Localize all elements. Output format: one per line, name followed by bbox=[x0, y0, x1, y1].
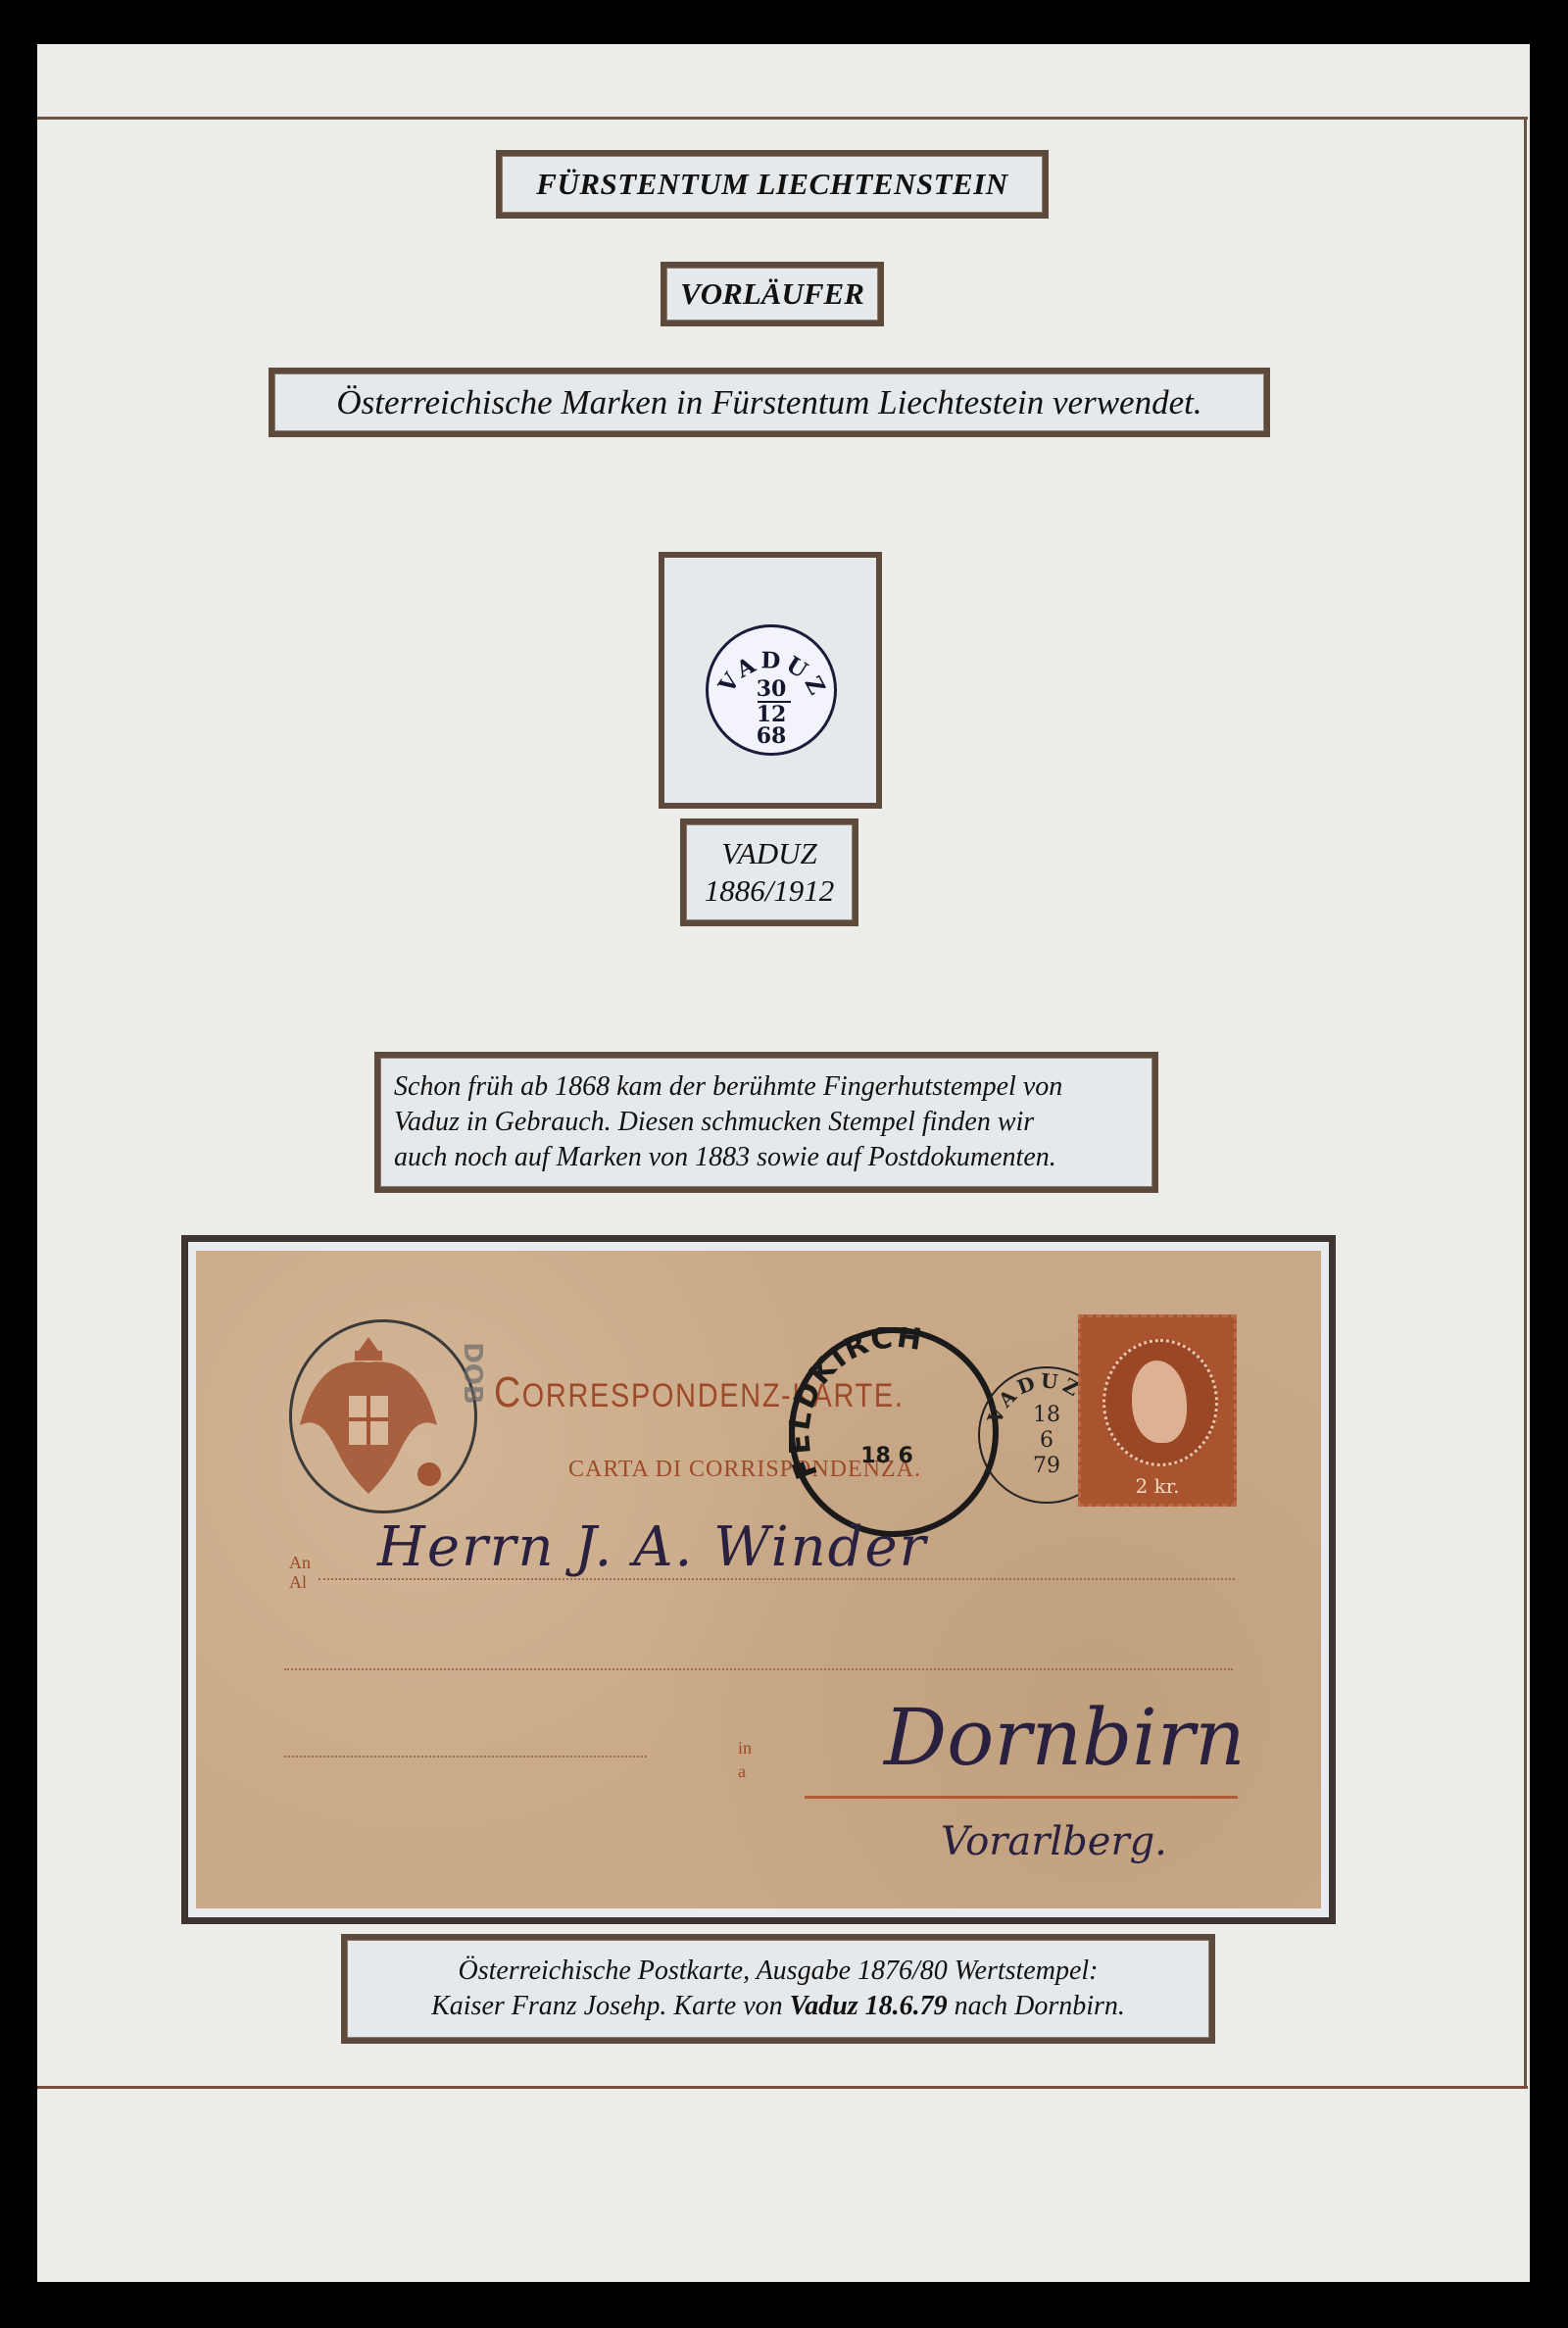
imprinted-stamp: 2 kr. bbox=[1078, 1314, 1237, 1507]
stamp-value: 2 kr. bbox=[1081, 1474, 1234, 1498]
specimen-caption-years: 1886/1912 bbox=[705, 872, 835, 910]
handwritten-town: Dornbirn bbox=[884, 1692, 1246, 1783]
feldkirch-postmark-text: FELDKIRCH 18 6 bbox=[789, 1327, 999, 1537]
page-border-right bbox=[1524, 117, 1527, 2088]
cancel-specimen-frame: VADUZ 30 12 68 bbox=[659, 552, 882, 809]
caption-line-2: Kaiser Franz Josehp. Karte von Vaduz 18.… bbox=[431, 1989, 1125, 2024]
description-line: Schon früh ab 1868 kam der berühmte Fing… bbox=[394, 1069, 1062, 1105]
section-heading: Österreichische Marken in Fürstentum Lie… bbox=[269, 368, 1270, 437]
page-border-top bbox=[37, 117, 1528, 120]
description-label: Schon früh ab 1868 kam der berühmte Fing… bbox=[374, 1052, 1158, 1193]
postcard-caption: Österreichische Postkarte, Ausgabe 1876/… bbox=[341, 1934, 1215, 2044]
page-subtitle-text: VORLÄUFER bbox=[680, 276, 864, 312]
place-prefix: in a bbox=[738, 1736, 752, 1783]
postcard-mount: DOB CORRESPONDENZ-KARTE. CARTA DI CORRIS… bbox=[181, 1235, 1336, 1924]
faint-postmark-text: DOB bbox=[458, 1342, 487, 1405]
vaduz-postmark-date: 18 6 79 bbox=[1017, 1403, 1076, 1479]
specimen-caption-town: VADUZ bbox=[721, 835, 817, 872]
cancel-day: 30 bbox=[709, 678, 834, 700]
address-line-2 bbox=[284, 1668, 1233, 1670]
cancel-year: 68 bbox=[709, 725, 834, 747]
handwritten-addressee: Herrn J. A. Winder bbox=[377, 1515, 927, 1579]
specimen-caption: VADUZ 1886/1912 bbox=[680, 818, 858, 926]
caption-line-1: Österreichische Postkarte, Ausgabe 1876/… bbox=[459, 1954, 1099, 1989]
faint-postmark bbox=[289, 1319, 477, 1513]
page-title-text: FÜRSTENTUM LIECHTENSTEIN bbox=[536, 167, 1007, 202]
destination-underline bbox=[805, 1796, 1238, 1799]
description-line: auch noch auf Marken von 1883 sowie auf … bbox=[394, 1140, 1062, 1175]
page-border-bottom bbox=[37, 2086, 1528, 2089]
section-heading-text: Österreichische Marken in Fürstentum Lie… bbox=[336, 383, 1201, 422]
address-line-3 bbox=[284, 1756, 647, 1758]
description-line: Vaduz in Gebrauch. Diesen schmucken Stem… bbox=[394, 1105, 1062, 1140]
album-page: FÜRSTENTUM LIECHTENSTEIN VORLÄUFER Öster… bbox=[37, 44, 1530, 2282]
address-prefix: An Al bbox=[289, 1553, 311, 1592]
handwritten-region: Vorarlberg. bbox=[941, 1819, 1167, 1864]
postcard: DOB CORRESPONDENZ-KARTE. CARTA DI CORRIS… bbox=[196, 1251, 1321, 1908]
svg-text:18 6: 18 6 bbox=[860, 1444, 913, 1468]
page-subtitle: VORLÄUFER bbox=[661, 262, 884, 326]
vaduz-cancel-specimen: VADUZ 30 12 68 bbox=[706, 624, 837, 756]
page-title: FÜRSTENTUM LIECHTENSTEIN bbox=[496, 150, 1049, 219]
cancel-month: 12 bbox=[709, 704, 834, 725]
